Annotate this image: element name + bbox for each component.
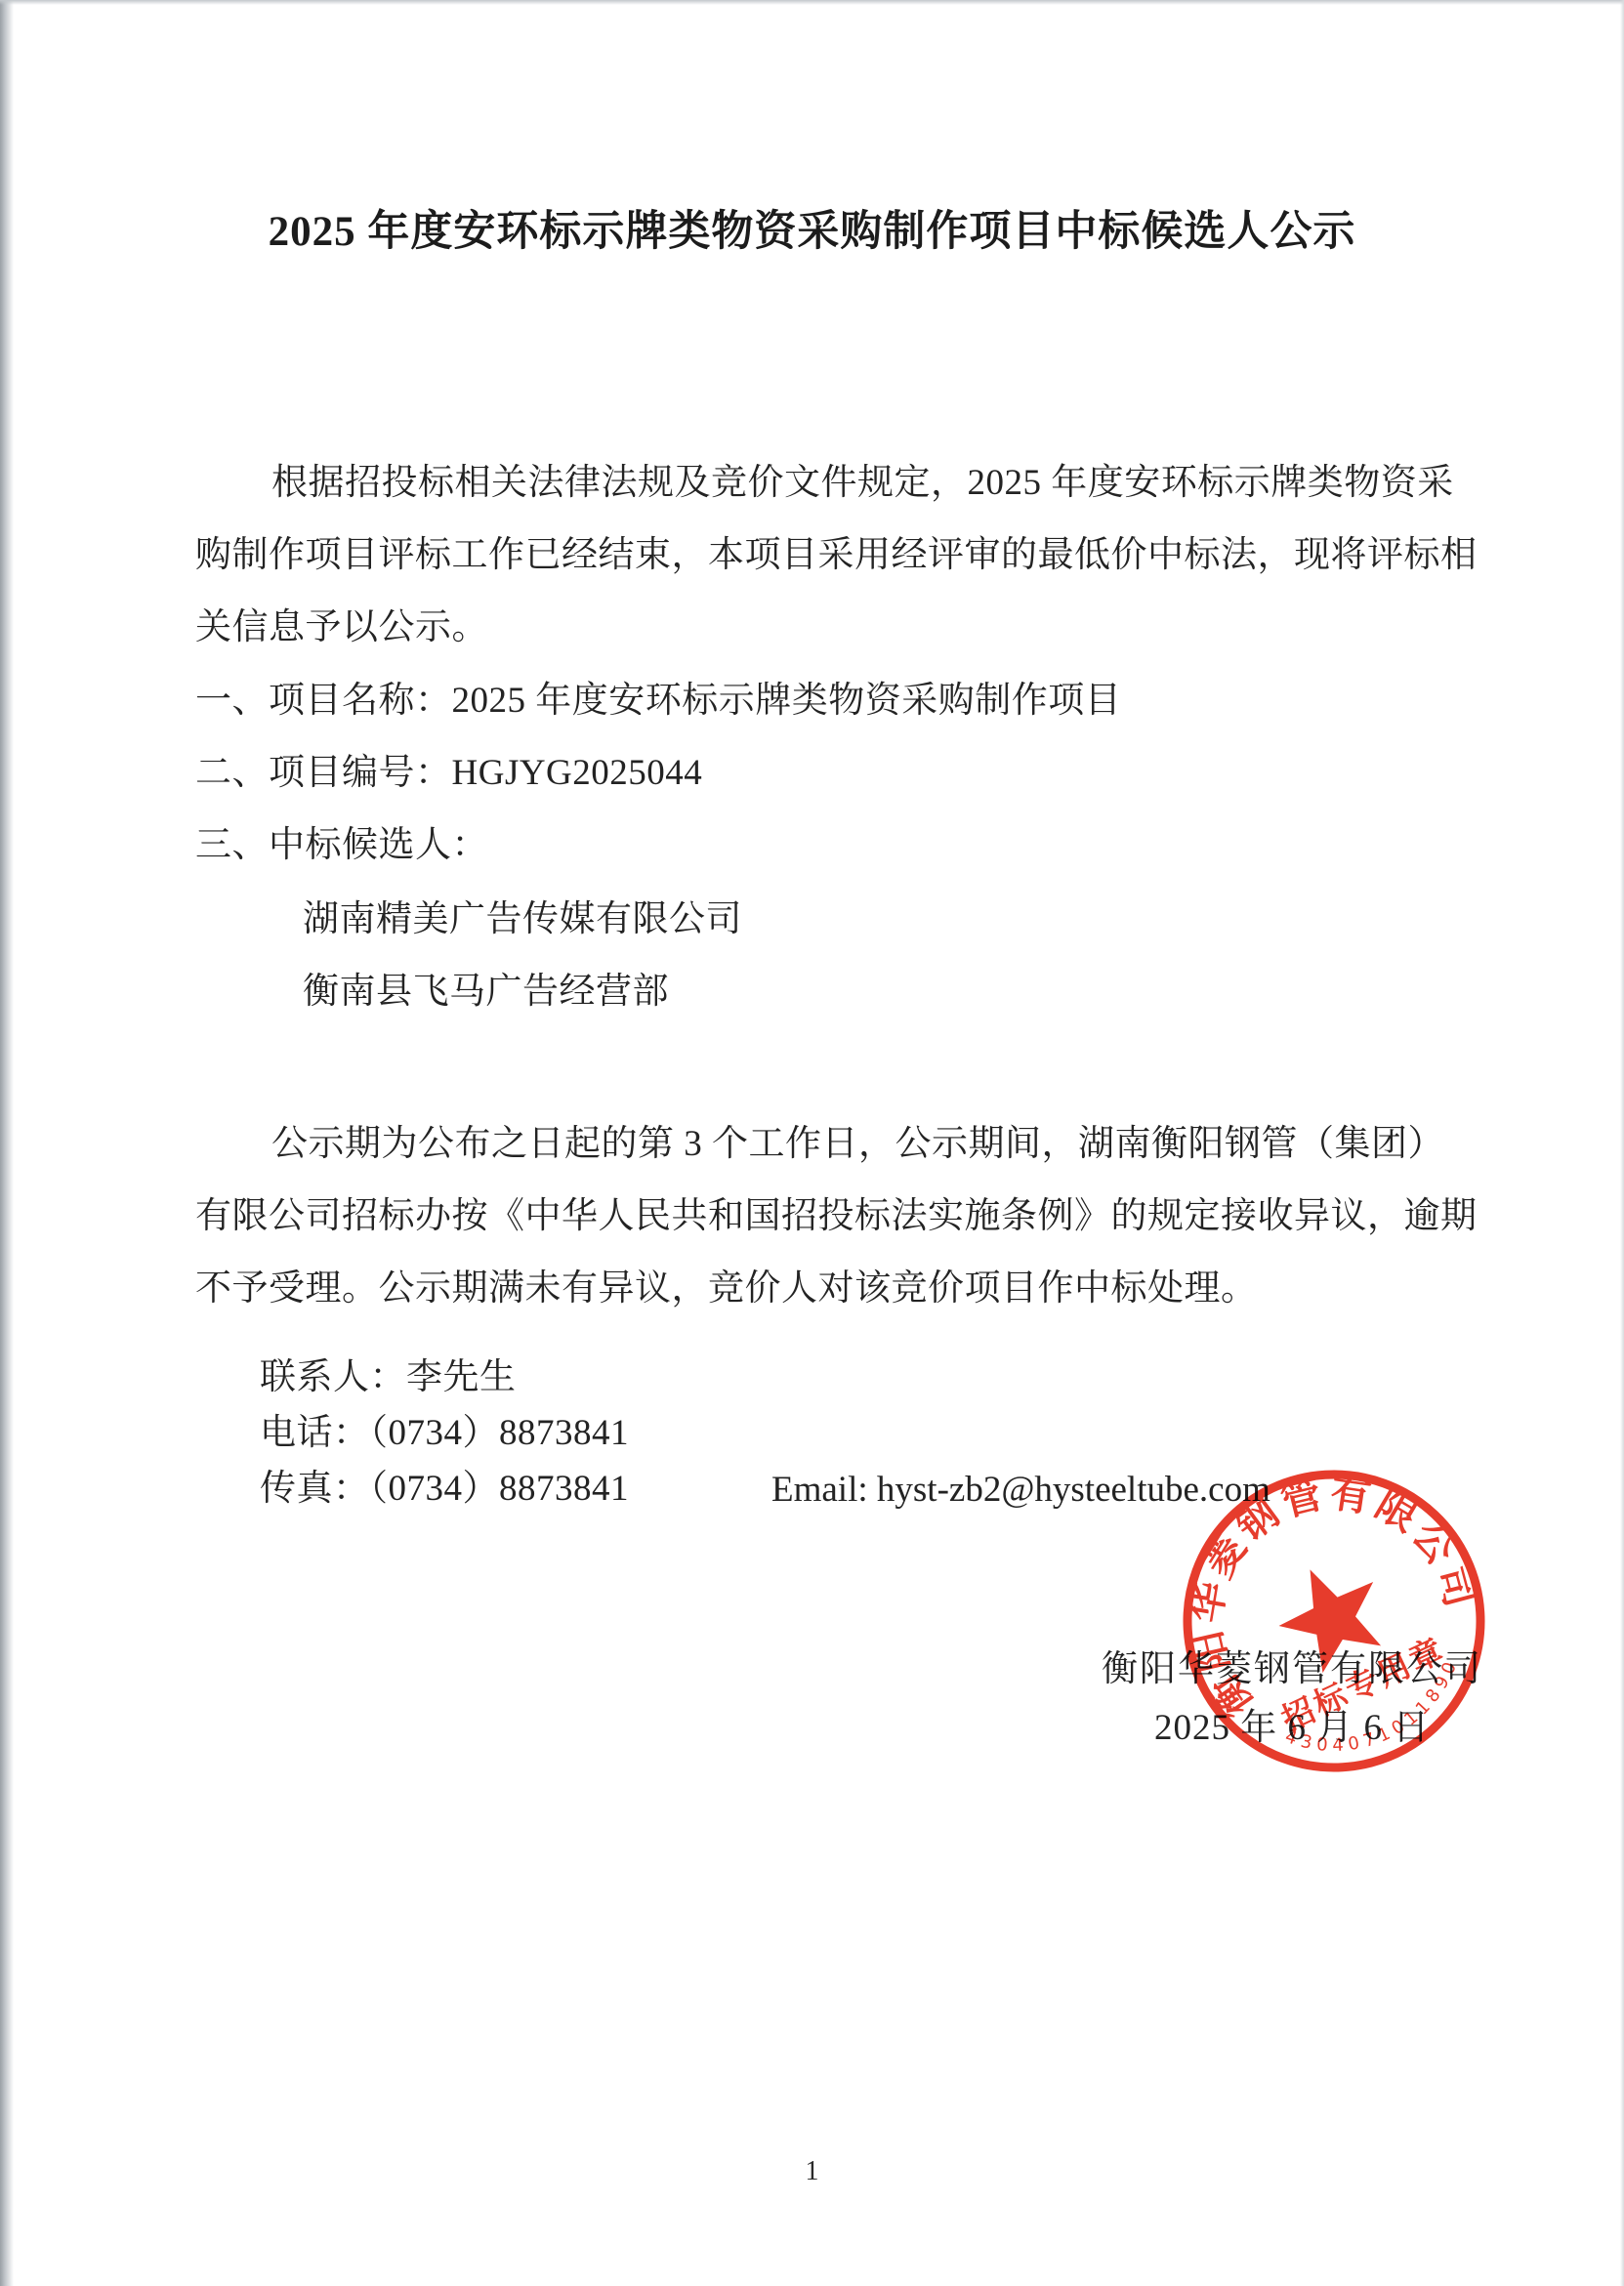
- intro-line: 购制作项目评标工作已经结束，本项目采用经评审的最低价中标法，现将评标相: [195, 520, 1484, 592]
- item-project-number: 二、项目编号：HGJYG2025044: [195, 737, 1484, 810]
- numbered-items: 一、项目名称：2025 年度安环标示牌类物资采购制作项目 二、项目编号：HGJY…: [195, 665, 1484, 882]
- contact-person: 联系人：李先生: [260, 1350, 1549, 1405]
- candidate-name: 衡南县飞马广告经营部: [195, 956, 1484, 1028]
- document-title: 2025 年度安环标示牌类物资采购制作项目中标候选人公示: [0, 198, 1624, 258]
- page-number: 1: [0, 2156, 1624, 2187]
- seal-center-label: 招标专用章: [1276, 1631, 1451, 1739]
- intro-paragraph: 根据招投标相关法律法规及竞价文件规定，2025 年度安环标示牌类物资采 购制作项…: [195, 447, 1484, 664]
- notice-line: 有限公司招标办按《中华人民共和国招投标法实施条例》的规定接收异议，逾期: [195, 1181, 1484, 1253]
- candidate-name: 湖南精美广告传媒有限公司: [195, 884, 1484, 956]
- item-project-name: 一、项目名称：2025 年度安环标示牌类物资采购制作项目: [195, 665, 1484, 737]
- scan-edge-right: [1620, 0, 1624, 2286]
- intro-line: 根据招投标相关法律法规及竞价文件规定，2025 年度安环标示牌类物资采: [195, 447, 1484, 520]
- notice-line: 公示期为公布之日起的第 3 个工作日，公示期间，湖南衡阳钢管（集团）: [195, 1108, 1484, 1181]
- document-page: 2025 年度安环标示牌类物资采购制作项目中标候选人公示 根据招投标相关法律法规…: [0, 0, 1624, 2286]
- scan-edge-left: [0, 0, 14, 2286]
- contact-email: Email: hyst-zb2@hysteeltube.com: [771, 1463, 1270, 1517]
- notice-line: 不予受理。公示期满未有异议，竞价人对该竞价项目作中标处理。: [195, 1253, 1484, 1325]
- scan-edge-top: [0, 0, 1624, 5]
- notice-paragraph: 公示期为公布之日起的第 3 个工作日，公示期间，湖南衡阳钢管（集团） 有限公司招…: [195, 1108, 1484, 1325]
- item-candidates-heading: 三、中标候选人：: [195, 810, 1484, 882]
- candidate-list: 湖南精美广告传媒有限公司 衡南县飞马广告经营部: [195, 884, 1484, 1028]
- intro-line: 关信息予以公示。: [195, 592, 1484, 664]
